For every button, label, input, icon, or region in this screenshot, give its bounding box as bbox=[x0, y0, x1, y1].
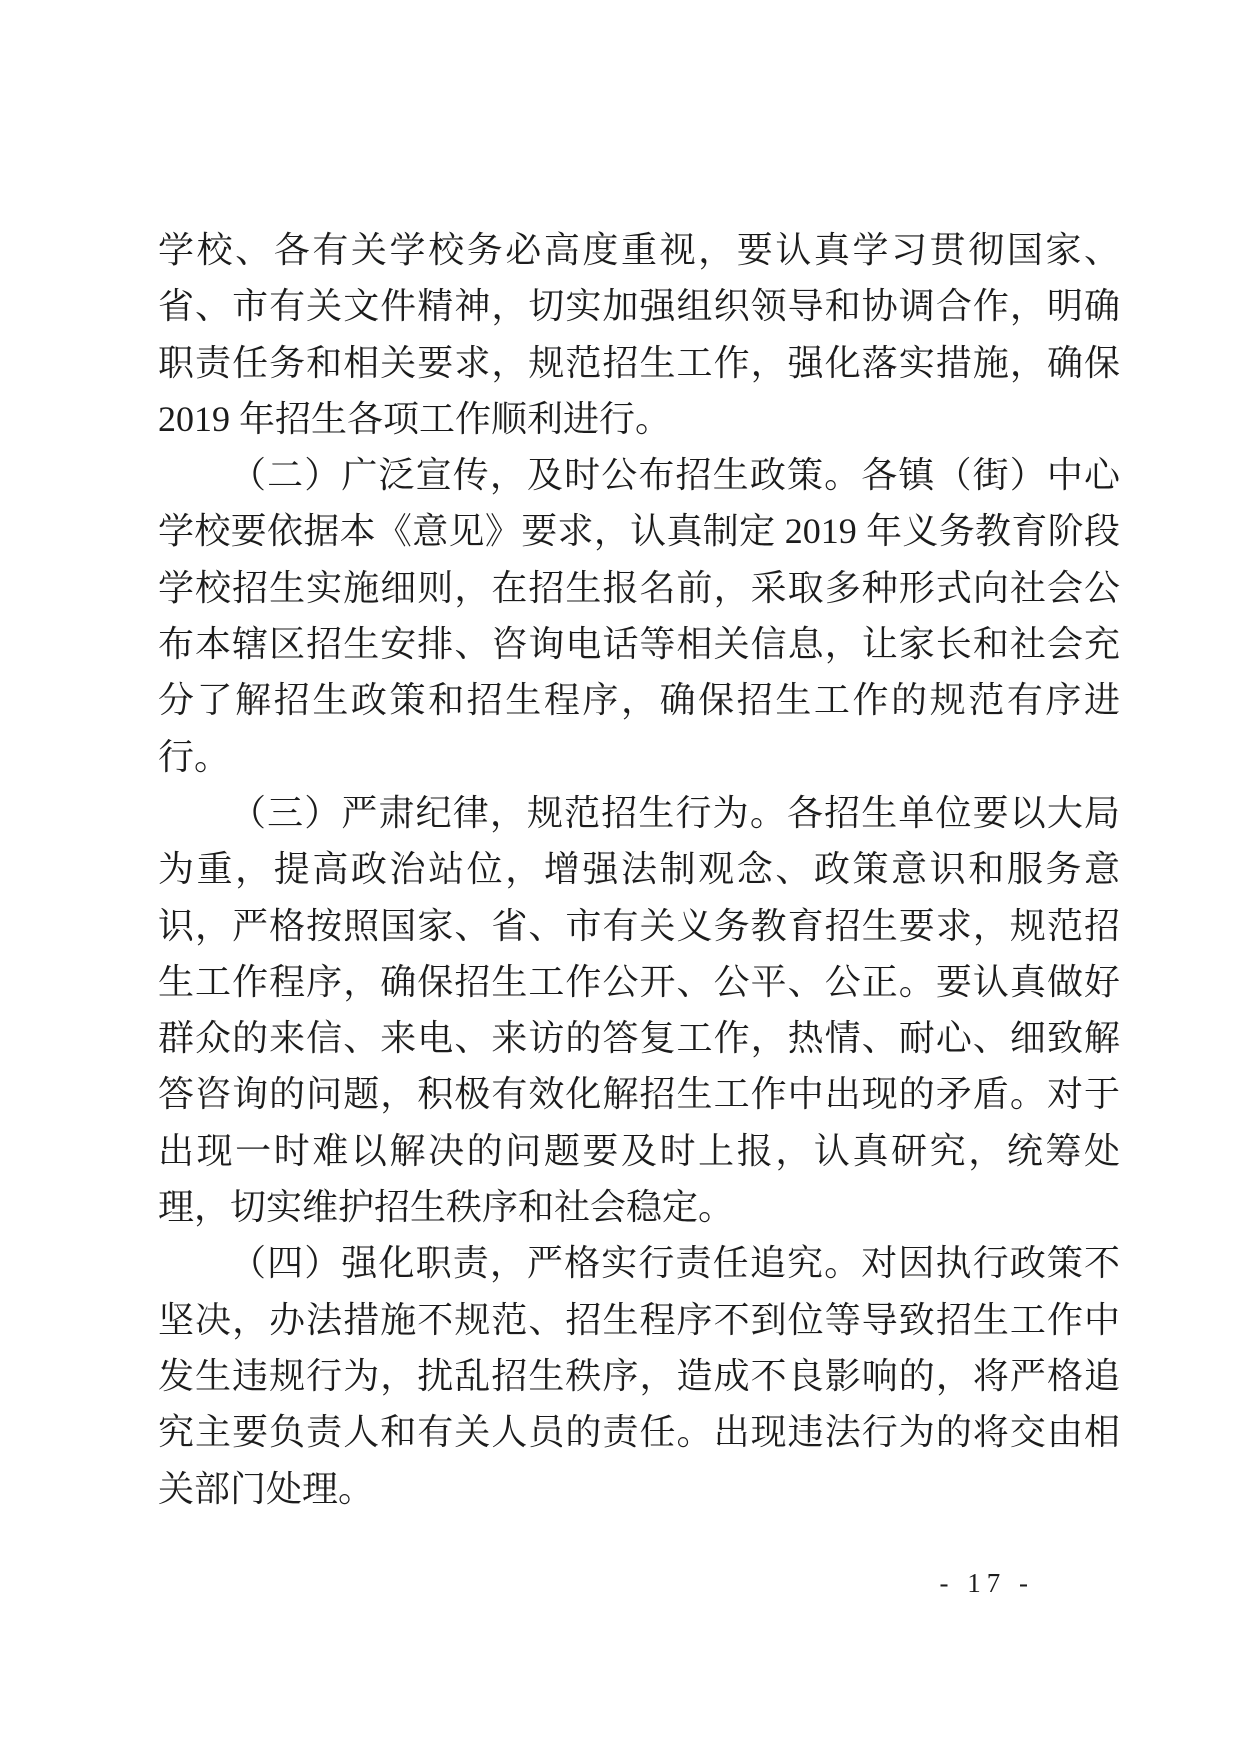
paragraph: 学校、各有关学校务必高度重视，要认真学习贯彻国家、省、市有关文件精神，切实加强组… bbox=[158, 222, 1120, 447]
document-page: 学校、各有关学校务必高度重视，要认真学习贯彻国家、省、市有关文件精神，切实加强组… bbox=[0, 0, 1240, 1754]
paragraph: （三）严肃纪律，规范招生行为。各招生单位要以大局为重，提高政治站位，增强法制观念… bbox=[158, 785, 1120, 1235]
text-block: 学校、各有关学校务必高度重视，要认真学习贯彻国家、省、市有关文件精神，切实加强组… bbox=[158, 222, 1120, 1517]
paragraph: （四）强化职责，严格实行责任追究。对因执行政策不坚决，办法措施不规范、招生程序不… bbox=[158, 1235, 1120, 1516]
paragraph: （二）广泛宣传，及时公布招生政策。各镇（街）中心学校要依据本《意见》要求，认真制… bbox=[158, 447, 1120, 785]
page-number: - 17 - bbox=[940, 1568, 1034, 1599]
